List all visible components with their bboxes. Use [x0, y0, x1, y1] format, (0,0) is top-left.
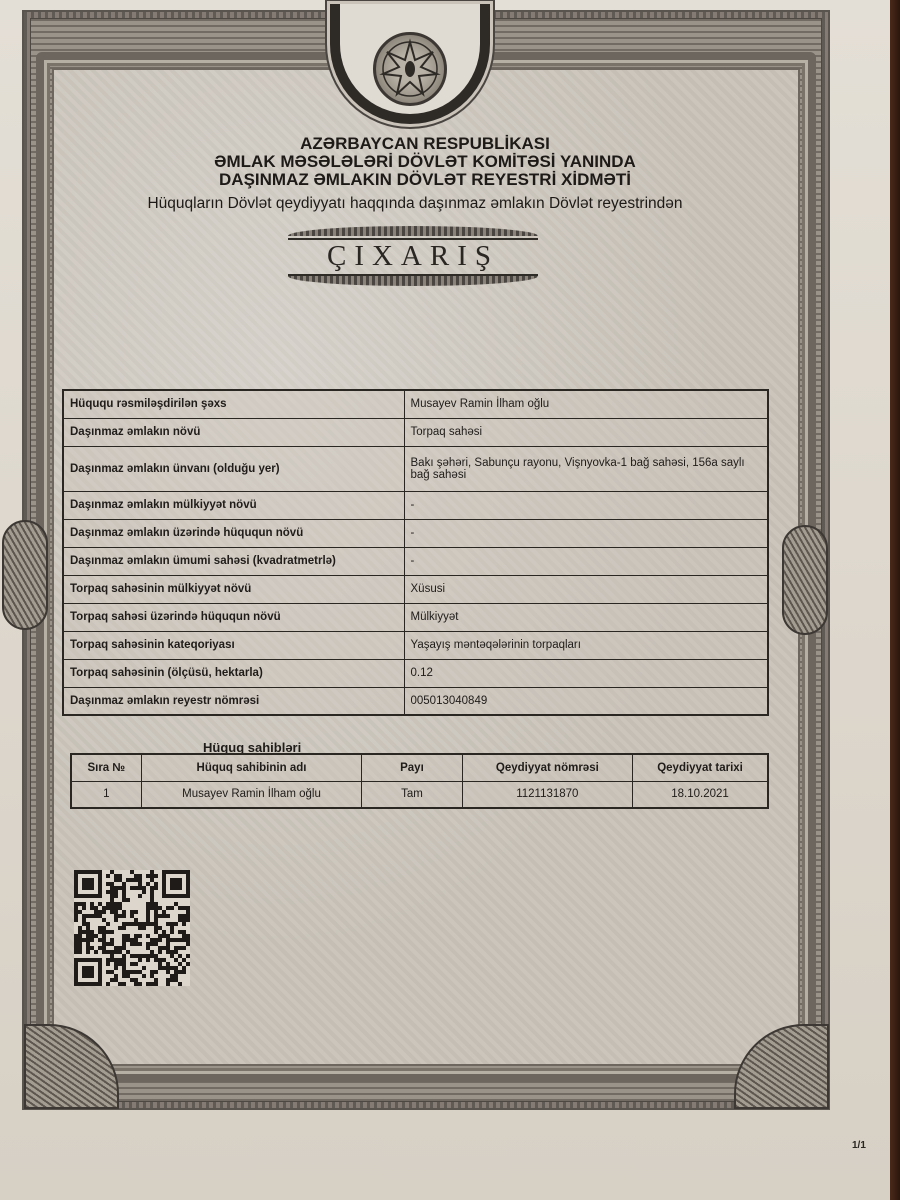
- info-label: Torpaq sahəsinin mülkiyyət növü: [63, 575, 404, 603]
- side-ornament-right: [782, 525, 828, 635]
- info-row: Hüququ rəsmiləşdirilən şəxsMusayev Ramin…: [63, 390, 768, 418]
- info-label: Daşınmaz əmlakın növü: [63, 418, 404, 446]
- title-block: ÇIXARIŞ: [288, 226, 538, 288]
- desk-edge: [890, 0, 900, 1200]
- owners-column-header: Payı: [362, 754, 462, 781]
- info-row: Daşınmaz əmlakın ünvanı (olduğu yer)Bakı…: [63, 446, 768, 491]
- info-value: Musayev Ramin İlham oğlu: [404, 390, 768, 418]
- info-row: Daşınmaz əmlakın ümumi sahəsi (kvadratme…: [63, 547, 768, 575]
- info-label: Daşınmaz əmlakın üzərində hüququn növü: [63, 519, 404, 547]
- info-value: 005013040849: [404, 687, 768, 715]
- info-value: -: [404, 491, 768, 519]
- property-info-table: Hüququ rəsmiləşdirilən şəxsMusayev Ramin…: [62, 389, 769, 716]
- info-label: Torpaq sahəsinin kateqoriyası: [63, 631, 404, 659]
- owners-cell: Musayev Ramin İlham oğlu: [141, 781, 362, 808]
- owners-column-header: Sıra №: [71, 754, 141, 781]
- info-label: Daşınmaz əmlakın reyestr nömrəsi: [63, 687, 404, 715]
- info-label: Torpaq sahəsinin (ölçüsü, hektarla): [63, 659, 404, 687]
- info-value: Xüsusi: [404, 575, 768, 603]
- document-title: ÇIXARIŞ: [288, 240, 538, 273]
- owners-table: Sıra №Hüquq sahibinin adıPayıQeydiyyat n…: [70, 753, 769, 809]
- info-row: Torpaq sahəsi üzərində hüququn növüMülki…: [63, 603, 768, 631]
- info-label: Hüququ rəsmiləşdirilən şəxs: [63, 390, 404, 418]
- info-value: Torpaq sahəsi: [404, 418, 768, 446]
- info-label: Daşınmaz əmlakın mülkiyyət növü: [63, 491, 404, 519]
- info-value: -: [404, 547, 768, 575]
- side-ornament-left: [2, 520, 48, 630]
- info-row: Torpaq sahəsinin mülkiyyət növüXüsusi: [63, 575, 768, 603]
- owners-column-header: Hüquq sahibinin adı: [141, 754, 362, 781]
- info-row: Daşınmaz əmlakın növüTorpaq sahəsi: [63, 418, 768, 446]
- owners-row: 1Musayev Ramin İlham oğluTam112113187018…: [71, 781, 768, 808]
- header-committee: ƏMLAK MƏSƏLƏLƏRİ DÖVLƏT KOMİTƏSİ YANINDA: [0, 152, 850, 172]
- page-number: 1/1: [852, 1140, 866, 1151]
- owners-column-header: Qeydiyyat tarixi: [633, 754, 768, 781]
- info-row: Daşınmaz əmlakın reyestr nömrəsi00501304…: [63, 687, 768, 715]
- qr-code-icon[interactable]: [74, 870, 190, 986]
- info-label: Daşınmaz əmlakın ünvanı (olduğu yer): [63, 446, 404, 491]
- info-row: Torpaq sahəsinin (ölçüsü, hektarla)0.12: [63, 659, 768, 687]
- info-value: Yaşayış məntəqələrinin torpaqları: [404, 631, 768, 659]
- info-row: Torpaq sahəsinin kateqoriyasıYaşayış mən…: [63, 631, 768, 659]
- info-value: 0.12: [404, 659, 768, 687]
- header-republic: AZƏRBAYCAN RESPUBLİKASI: [0, 134, 850, 154]
- title-ornament-top: [288, 226, 538, 236]
- owners-column-header: Qeydiyyat nömrəsi: [462, 754, 632, 781]
- title-ornament-bottom: [288, 276, 538, 286]
- info-value: Bakı şəhəri, Sabunçu rayonu, Vişnyovka-1…: [404, 446, 768, 491]
- info-label: Daşınmaz əmlakın ümumi sahəsi (kvadratme…: [63, 547, 404, 575]
- info-value: Mülkiyyət: [404, 603, 768, 631]
- info-row: Daşınmaz əmlakın üzərində hüququn növü-: [63, 519, 768, 547]
- state-emblem-icon: [373, 32, 447, 106]
- info-row: Daşınmaz əmlakın mülkiyyət növü-: [63, 491, 768, 519]
- info-label: Torpaq sahəsi üzərində hüququn növü: [63, 603, 404, 631]
- owners-cell: 1: [71, 781, 141, 808]
- header-service: DAŞINMAZ ƏMLAKIN DÖVLƏT REYESTRİ XİDMƏTİ: [0, 170, 850, 190]
- owners-cell: Tam: [362, 781, 462, 808]
- info-value: -: [404, 519, 768, 547]
- owners-cell: 1121131870: [462, 781, 632, 808]
- owners-cell: 18.10.2021: [633, 781, 768, 808]
- eight-point-star-icon: [379, 38, 441, 100]
- header-subtitle: Hüquqların Dövlət qeydiyyatı haqqında da…: [0, 195, 830, 213]
